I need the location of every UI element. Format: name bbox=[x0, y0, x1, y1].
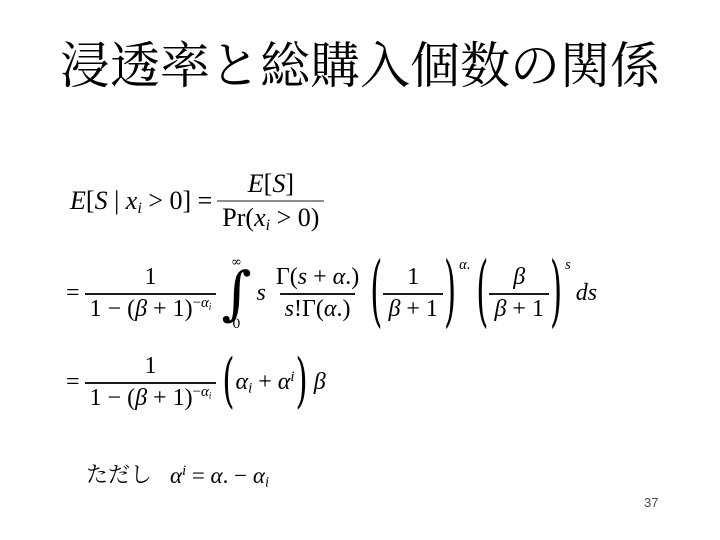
math-text: i bbox=[265, 475, 269, 491]
math-text: = bbox=[66, 369, 80, 395]
math-text: i bbox=[209, 391, 212, 401]
math-superscript: −αi bbox=[193, 295, 212, 311]
math-text: β bbox=[135, 385, 147, 411]
math-text: α bbox=[324, 296, 337, 322]
math-text: ] bbox=[285, 169, 294, 198]
math-text: α bbox=[278, 369, 291, 395]
equation-conditional-expectation: E[S | xi > 0] =E[S]Pr(xi > 0) bbox=[70, 168, 324, 235]
math-text: β bbox=[135, 296, 147, 322]
math-text: − bbox=[193, 384, 201, 400]
integral: ∞∫0 bbox=[221, 256, 251, 331]
math-text: = bbox=[186, 463, 210, 488]
math-text: + 1 bbox=[506, 296, 544, 322]
math-denominator: s!Γ(α.) bbox=[280, 293, 356, 325]
math-text: E bbox=[248, 169, 264, 198]
open-paren-icon: ( bbox=[221, 353, 235, 412]
math-text: s bbox=[298, 264, 307, 290]
math-text: 1 − ( bbox=[90, 385, 136, 411]
math-text: 1 bbox=[144, 264, 156, 290]
math-text: β bbox=[494, 296, 506, 322]
math-run: E[S | xi > 0] = bbox=[70, 186, 212, 217]
close-paren-icon: ) bbox=[443, 255, 457, 333]
math-text: i bbox=[209, 302, 212, 312]
math-text: α bbox=[333, 264, 346, 290]
math-fraction: Γ(s + α.)s!Γ(α.) bbox=[271, 263, 364, 324]
math-fraction: 11 − (β + 1)−αi bbox=[85, 263, 217, 324]
math-text: [ bbox=[86, 186, 95, 215]
math-text: s bbox=[257, 280, 266, 306]
math-superscript: −αi bbox=[193, 384, 212, 400]
slide: 浸透率と総購入個数の関係 E[S | xi > 0] =E[S]Pr(xi > … bbox=[0, 0, 720, 540]
math-text: Γ( bbox=[276, 264, 298, 290]
note-line: ただし αi = α. − αi bbox=[86, 461, 269, 490]
math-text: α bbox=[236, 369, 249, 395]
math-run: = bbox=[66, 280, 80, 307]
math-group-superscript: α. bbox=[459, 258, 470, 272]
integral-icon: ∫ bbox=[221, 269, 251, 318]
math-subscript: i bbox=[265, 475, 269, 491]
math-text: + 1 bbox=[400, 296, 438, 322]
math-text: E bbox=[70, 186, 86, 215]
math-text: > 0) bbox=[270, 203, 319, 232]
math-text: 1 bbox=[407, 264, 419, 290]
math-text: x bbox=[126, 186, 138, 215]
math-numerator: Γ(s + α.) bbox=[271, 263, 364, 293]
close-paren-icon: ) bbox=[549, 255, 563, 333]
math-run: αi + αi bbox=[236, 369, 295, 397]
equation-closed-form: =11 − (β + 1)−αi(αi + αi)β bbox=[66, 352, 326, 413]
math-denominator: β + 1 bbox=[383, 293, 443, 325]
math-text: + bbox=[307, 264, 333, 290]
math-text: .) bbox=[345, 264, 359, 290]
math-text: [ bbox=[264, 169, 273, 198]
math-run: = bbox=[66, 369, 80, 396]
math-paren-group: (ββ + 1)s bbox=[475, 263, 570, 324]
math-numerator: E[S] bbox=[243, 168, 299, 200]
math-text: β bbox=[388, 296, 400, 322]
math-text: ds bbox=[576, 280, 597, 306]
math-subscript: i bbox=[209, 302, 212, 312]
math-fraction: E[S]Pr(xi > 0) bbox=[217, 168, 324, 235]
math-text: 1 bbox=[144, 353, 156, 379]
math-text: S bbox=[272, 169, 285, 198]
note-label-tadashi: ただし bbox=[86, 461, 152, 490]
open-paren-icon: ( bbox=[475, 255, 489, 333]
math-run: s bbox=[257, 280, 266, 307]
math-text: α bbox=[253, 463, 265, 488]
math-text: α bbox=[170, 463, 182, 488]
math-denominator: 1 − (β + 1)−αi bbox=[85, 382, 217, 414]
math-denominator: Pr(xi > 0) bbox=[217, 200, 324, 235]
integral-lower-limit-zero: 0 bbox=[232, 318, 240, 331]
slide-title: 浸透率と総購入個数の関係 bbox=[0, 36, 720, 96]
math-text: x bbox=[254, 203, 266, 232]
math-text: α bbox=[201, 384, 209, 400]
math-numerator: 1 bbox=[139, 352, 161, 382]
note-formula-alpha-definition: αi = α. − αi bbox=[170, 461, 269, 490]
math-paren-group: (αi + αi) bbox=[221, 367, 308, 398]
math-fraction: 11 − (β + 1)−αi bbox=[85, 352, 217, 413]
math-text: + 1) bbox=[147, 385, 193, 411]
math-text: s bbox=[285, 296, 294, 322]
close-paren-icon: ) bbox=[295, 353, 309, 412]
math-run: ds bbox=[576, 280, 597, 307]
math-text: β bbox=[314, 369, 326, 395]
math-run: β bbox=[314, 369, 326, 396]
math-numerator: β bbox=[508, 263, 530, 293]
math-paren-group: (1β + 1)α. bbox=[369, 263, 470, 324]
math-text: S bbox=[95, 186, 108, 215]
math-text: + 1) bbox=[147, 296, 193, 322]
math-group-superscript: s bbox=[565, 258, 571, 272]
equation-integral-expansion: =11 − (β + 1)−αi∞∫0sΓ(s + α.)s!Γ(α.)(1β … bbox=[66, 256, 597, 331]
math-text: + bbox=[252, 369, 278, 395]
math-numerator: 1 bbox=[139, 263, 161, 293]
page-number: 37 bbox=[644, 495, 658, 510]
math-text: α bbox=[211, 463, 223, 488]
math-text: !Γ( bbox=[294, 296, 324, 322]
math-text: α bbox=[201, 295, 209, 311]
math-text: . − bbox=[223, 463, 253, 488]
math-text: β bbox=[513, 264, 525, 290]
open-paren-icon: ( bbox=[369, 255, 383, 333]
math-text: .) bbox=[336, 296, 350, 322]
math-text: = bbox=[66, 280, 80, 306]
math-text: α bbox=[459, 257, 467, 273]
math-subscript: i bbox=[209, 391, 212, 401]
math-numerator: 1 bbox=[402, 263, 424, 293]
math-text: Pr( bbox=[222, 203, 254, 232]
math-text: 1 − ( bbox=[90, 296, 136, 322]
math-text: > 0] = bbox=[142, 186, 212, 215]
math-text: − bbox=[193, 295, 201, 311]
math-fraction: ββ + 1 bbox=[489, 263, 549, 324]
math-denominator: 1 − (β + 1)−αi bbox=[85, 293, 217, 325]
math-text: s bbox=[565, 257, 571, 273]
math-text: . bbox=[467, 257, 471, 273]
math-fraction: 1β + 1 bbox=[383, 263, 443, 324]
math-denominator: β + 1 bbox=[489, 293, 549, 325]
math-text: | bbox=[108, 186, 126, 215]
